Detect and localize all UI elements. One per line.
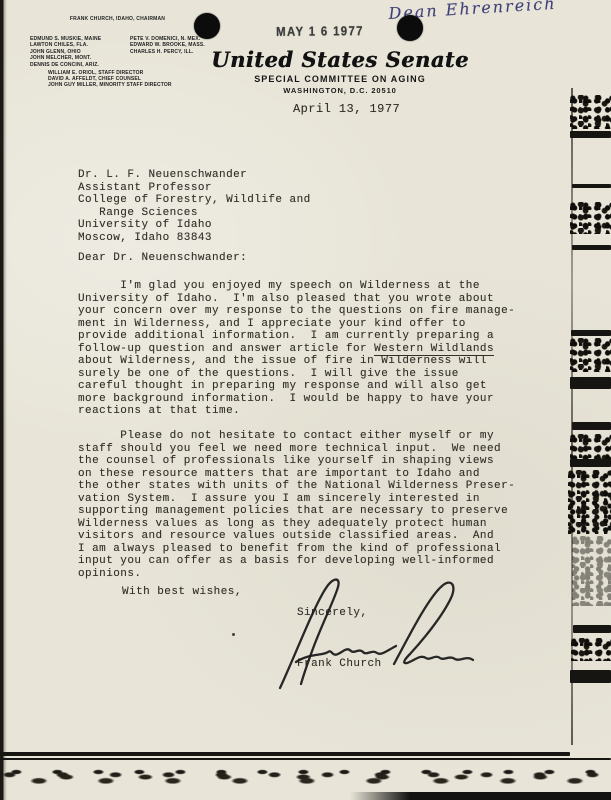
binding-mark bbox=[570, 131, 611, 138]
hole-punch-dot bbox=[194, 13, 220, 39]
text-line: DENNIS DE CONCINI, ARIZ. bbox=[30, 62, 101, 68]
scan-bottom-line bbox=[0, 752, 570, 756]
text-line: Moscow, Idaho 83843 bbox=[78, 232, 311, 245]
letterhead-committee: SPECIAL COMMITTEE ON AGING bbox=[197, 74, 483, 84]
scan-bottom-line bbox=[0, 758, 611, 760]
text-line: input you can offer as a basis for devel… bbox=[78, 555, 515, 568]
body-paragraph-2: Please do not hesitate to contact either… bbox=[78, 430, 515, 580]
binding-mark bbox=[572, 245, 611, 250]
hole-punch-dot bbox=[397, 15, 423, 41]
text-line: provide additional information. I am cur… bbox=[78, 330, 515, 343]
letterhead-chairman: FRANK CHURCH, IDAHO, CHAIRMAN bbox=[30, 16, 205, 22]
text-line: Assistant Professor bbox=[78, 182, 311, 195]
stray-ink-dot bbox=[232, 633, 235, 636]
binding-mark bbox=[573, 625, 611, 633]
binding-smudge bbox=[568, 470, 611, 534]
text-line: reactions at that time. bbox=[78, 405, 515, 418]
letterhead-members-left: EDMUND S. MUSKIE, MAINELAWTON CHILES, FL… bbox=[30, 36, 101, 68]
text-line: University of Idaho. I'm also pleased th… bbox=[78, 293, 515, 306]
text-line: supporting management policies that are … bbox=[78, 505, 515, 518]
letterhead-staff: WILLIAM E. ORIOL, STAFF DIRECTORDAVID A.… bbox=[48, 71, 172, 89]
text-line: on these resource matters that are impor… bbox=[78, 468, 515, 481]
text-line: your concern over my response to the que… bbox=[78, 305, 515, 318]
text-line: JOHN MELCHER, MONT. bbox=[30, 55, 101, 61]
signature-frank-church bbox=[270, 576, 475, 691]
text-line: CHARLES H. PERCY, ILL. bbox=[130, 49, 205, 55]
closing-line: With best wishes, bbox=[122, 586, 242, 599]
binding-smudge bbox=[570, 95, 611, 129]
text-line: University of Idaho bbox=[78, 219, 311, 232]
text-line: I am always pleased to benefit from the … bbox=[78, 543, 515, 556]
text-line: the other states with units of the Natio… bbox=[78, 480, 515, 493]
text-line: EDWARD W. BROOKE, MASS. bbox=[130, 42, 205, 48]
text-line: College of Forestry, Wildlife and bbox=[78, 194, 311, 207]
received-date-stamp: MAY 1 6 1977 bbox=[276, 23, 364, 39]
text-line: Please do not hesitate to contact either… bbox=[78, 430, 515, 443]
binding-speckles bbox=[572, 536, 611, 606]
binding-mark bbox=[572, 422, 611, 430]
binding-smudge bbox=[570, 338, 611, 372]
scanned-letter-page: Dean Ehrenreich MAY 1 6 1977 FRANK CHURC… bbox=[0, 0, 611, 800]
text-line: staff should you feel we need more techn… bbox=[78, 443, 515, 456]
scan-left-edge-shadow bbox=[0, 0, 7, 800]
text-line: about Wilderness, and the issue of fire … bbox=[78, 355, 515, 368]
recipient-address-block: Dr. L. F. NeuenschwanderAssistant Profes… bbox=[78, 169, 311, 244]
scan-bottom-smudge bbox=[0, 766, 611, 788]
text-line: more background information. I would be … bbox=[78, 393, 515, 406]
binding-smudge bbox=[570, 202, 611, 234]
binding-mark bbox=[571, 330, 611, 336]
binding-smudge bbox=[571, 638, 611, 661]
scan-bottom-strip bbox=[350, 792, 611, 800]
binding-mark bbox=[570, 459, 611, 467]
letterhead-members-right: PETE V. DOMENICI, N. MEX.EDWARD W. BROOK… bbox=[130, 36, 205, 55]
text-line: follow-up question and answer article fo… bbox=[78, 343, 515, 356]
binding-mark bbox=[570, 377, 611, 389]
text-line: I'm glad you enjoyed my speech on Wilder… bbox=[78, 280, 515, 293]
body-paragraph-1: I'm glad you enjoyed my speech on Wilder… bbox=[78, 280, 515, 418]
salutation: Dear Dr. Neuenschwander: bbox=[78, 252, 247, 265]
text-line: Range Sciences bbox=[78, 207, 311, 220]
text-line: ment in Wilderness, and I appreciate you… bbox=[78, 318, 515, 331]
text-line: visitors and resource values outside cla… bbox=[78, 530, 515, 543]
text-line: the counsel of professionals like yourse… bbox=[78, 455, 515, 468]
text-line: careful thought in preparing my response… bbox=[78, 380, 515, 393]
text-line: surely be one of the questions. I will g… bbox=[78, 368, 515, 381]
text-line: JOHN GUY MILLER, MINORITY STAFF DIRECTOR bbox=[48, 83, 172, 89]
letter-date: April 13, 1977 bbox=[293, 103, 400, 116]
binding-mark bbox=[570, 670, 611, 683]
text-line: Dr. L. F. Neuenschwander bbox=[78, 169, 311, 182]
text-line: Wilderness values as long as they adequa… bbox=[78, 518, 515, 531]
letterhead-org-name: United States Senate bbox=[197, 47, 483, 72]
binding-mark bbox=[572, 184, 611, 188]
letterhead-location: WASHINGTON, D.C. 20510 bbox=[197, 86, 483, 95]
underlined-text: Western Wildlands bbox=[374, 343, 494, 357]
text-line: vation System. I assure you I am sincere… bbox=[78, 493, 515, 506]
